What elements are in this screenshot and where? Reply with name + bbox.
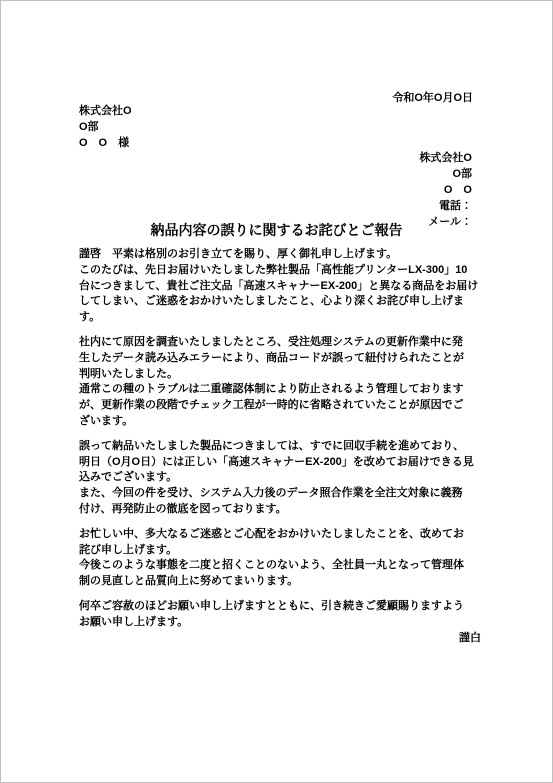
recipient-block: 株式会社O O部 O O 様 bbox=[79, 103, 132, 151]
recipient-person: O O 様 bbox=[79, 135, 132, 151]
paragraph-corrective-action: 誤って納品いたしました製品につきましては、すでに回収手続を進めており、 明日（O… bbox=[79, 439, 481, 518]
paragraph-request-for-pardon: 何卒ご容赦のほどお願い申し上げますとともに、引き続きご愛顧賜りますよう お願い申… bbox=[79, 599, 481, 631]
sender-company: 株式会社O bbox=[1, 150, 472, 166]
paragraph-cause-explanation: 社内にて原因を調査いたしましたところ、受注処理システムの更新作業中に発 生したデ… bbox=[79, 335, 481, 430]
closing-word: 謹白 bbox=[79, 631, 481, 647]
sender-block: 株式会社O O部 O O 電話： メール： bbox=[1, 150, 472, 230]
recipient-department: O部 bbox=[79, 119, 132, 135]
sender-department: O部 bbox=[1, 166, 472, 182]
sender-phone-label: 電話： bbox=[1, 198, 472, 214]
letter-page: 令和O年O月O日 株式会社O O部 O O 様 株式会社O O部 O O 電話：… bbox=[0, 0, 553, 783]
paragraph-greeting-and-issue: 謹啓 平素は格別のお引き立てを賜り、厚く御礼申し上げます。 このたびは、先日お届… bbox=[79, 247, 481, 326]
letter-date: 令和O年O月O日 bbox=[1, 90, 473, 106]
letter-body: 謹啓 平素は格別のお引き立てを賜り、厚く御礼申し上げます。 このたびは、先日お届… bbox=[79, 247, 481, 646]
paragraph-apology-and-prevention: お忙しい中、多大なるご迷惑とご心配をおかけいたしましたことを、改めてお 詫び申し… bbox=[79, 527, 481, 590]
sender-person: O O bbox=[1, 182, 472, 198]
recipient-company: 株式会社O bbox=[79, 103, 132, 119]
letter-title: 納品内容の誤りに関するお詫びとご報告 bbox=[1, 221, 552, 240]
